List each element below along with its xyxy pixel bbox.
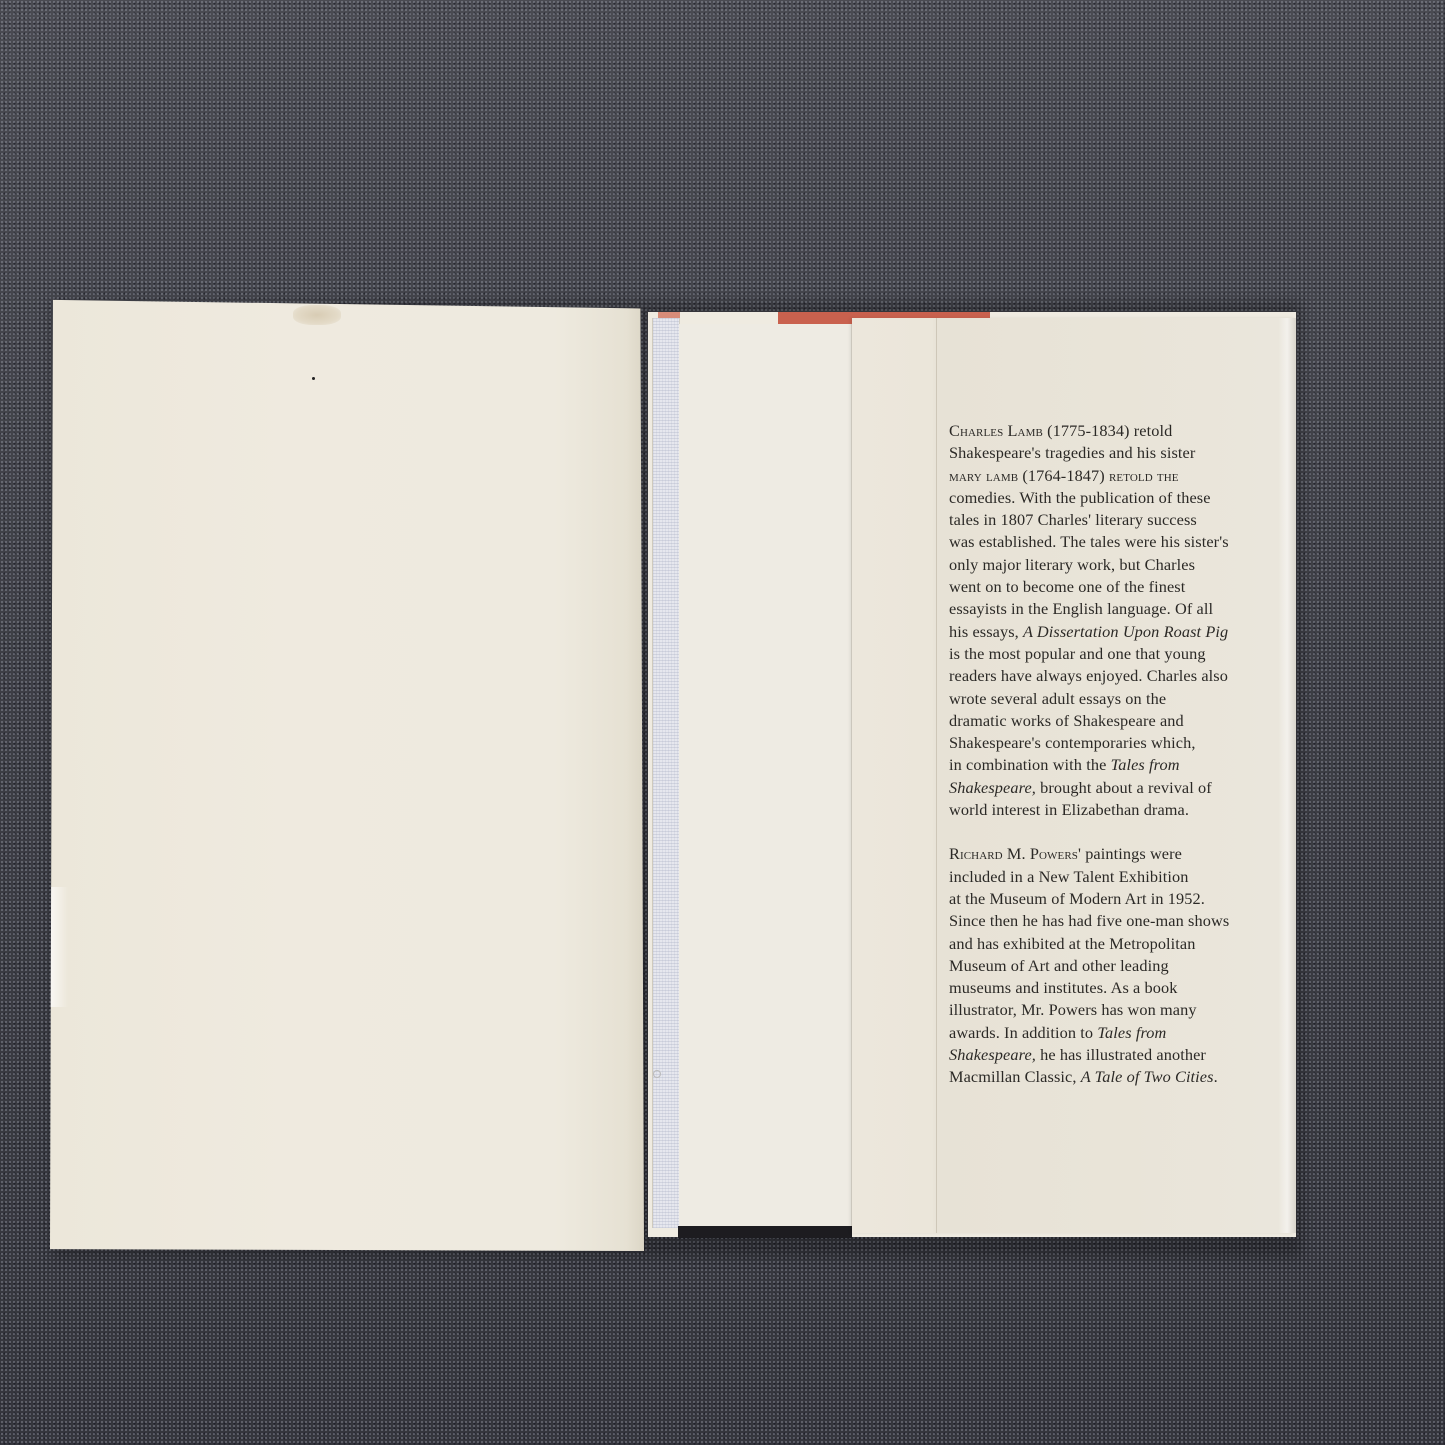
essay-title: A Dissertation Upon Roast Pig [1023,622,1228,641]
hinge-hole [653,1070,661,1078]
paragraph-richard-powers: Richard M. Powers' paintings were includ… [949,843,1239,1088]
illustrator-name: Richard M. Powers' [949,844,1081,863]
dust-jacket-flap: Charles Lamb (1775-1834) retold Shakespe… [852,318,1296,1233]
flap-text-block: Charles Lamb (1775-1834) retold Shakespe… [949,420,1239,1111]
pastedown-strip [679,324,852,1238]
flap-fold-line [936,318,937,1233]
board-bottom-edge [678,1226,852,1238]
front-endpaper-page [50,297,644,1251]
edge-wear [50,887,68,1007]
inside-front-board: Charles Lamb (1775-1834) retold Shakespe… [648,312,1296,1237]
author-name: Charles Lamb [949,421,1043,440]
cloth-hinge [652,318,680,1228]
ink-speck [312,377,315,380]
stain-mark [293,305,341,325]
paragraph-charles-lamb: Charles Lamb (1775-1834) retold Shakespe… [949,420,1239,821]
other-book-title: A Tale of Two Cities [1081,1067,1214,1086]
book-title: Tales from [1111,755,1180,774]
